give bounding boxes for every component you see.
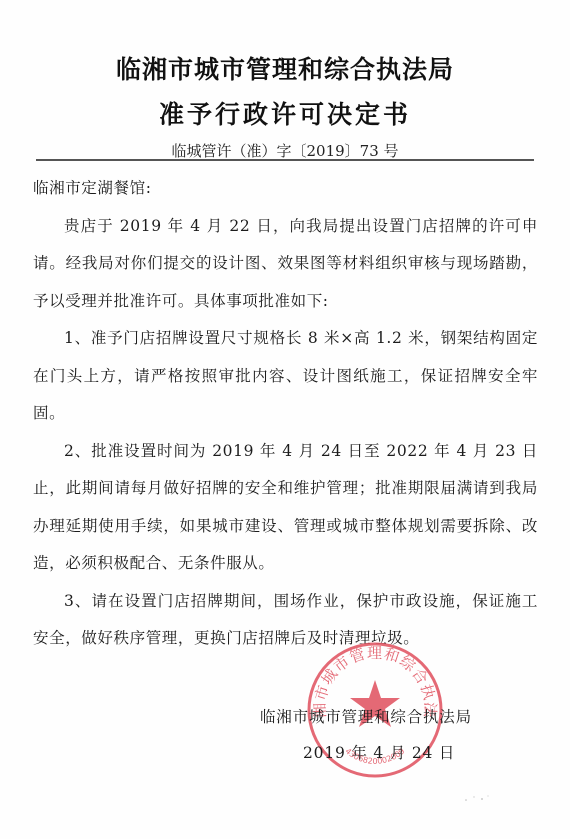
document-type-title: 准予行政许可决定书: [0, 95, 570, 131]
paragraph-item-1: 1、准予门店招牌设置尺寸规格长 8 米×高 1.2 米，钢架结构固定在门头上方，…: [33, 320, 538, 433]
document-number: 临城管许（准）字〔2019〕73 号: [0, 140, 570, 161]
header-divider: [36, 159, 534, 161]
signature-date: 2019 年 4 月 24 日: [303, 741, 455, 763]
scan-artifact: [462, 792, 492, 806]
document-body: 临湘市定湖餐馆: 贵店于 2019 年 4 月 22 日，向我局提出设置门店招牌…: [33, 170, 538, 658]
signature-issuer: 临湘市城市管理和综合执法局: [260, 705, 472, 727]
issuer-title: 临湘市城市管理和综合执法局: [0, 50, 570, 86]
paragraph-intro: 贵店于 2019 年 4 月 22 日，向我局提出设置门店招牌的许可申请。经我局…: [33, 208, 538, 321]
addressee: 临湘市定湖餐馆:: [33, 170, 538, 208]
paragraph-item-2: 2、批准设置时间为 2019 年 4 月 24 日至 2022 年 4 月 23…: [33, 433, 538, 583]
paragraph-item-3: 3、请在设置门店招牌期间，围场作业，保护市政设施，保证施工安全，做好秩序管理，更…: [33, 583, 538, 658]
document-page: 临湘市城市管理和综合执法局 准予行政许可决定书 临城管许（准）字〔2019〕73…: [0, 0, 570, 839]
